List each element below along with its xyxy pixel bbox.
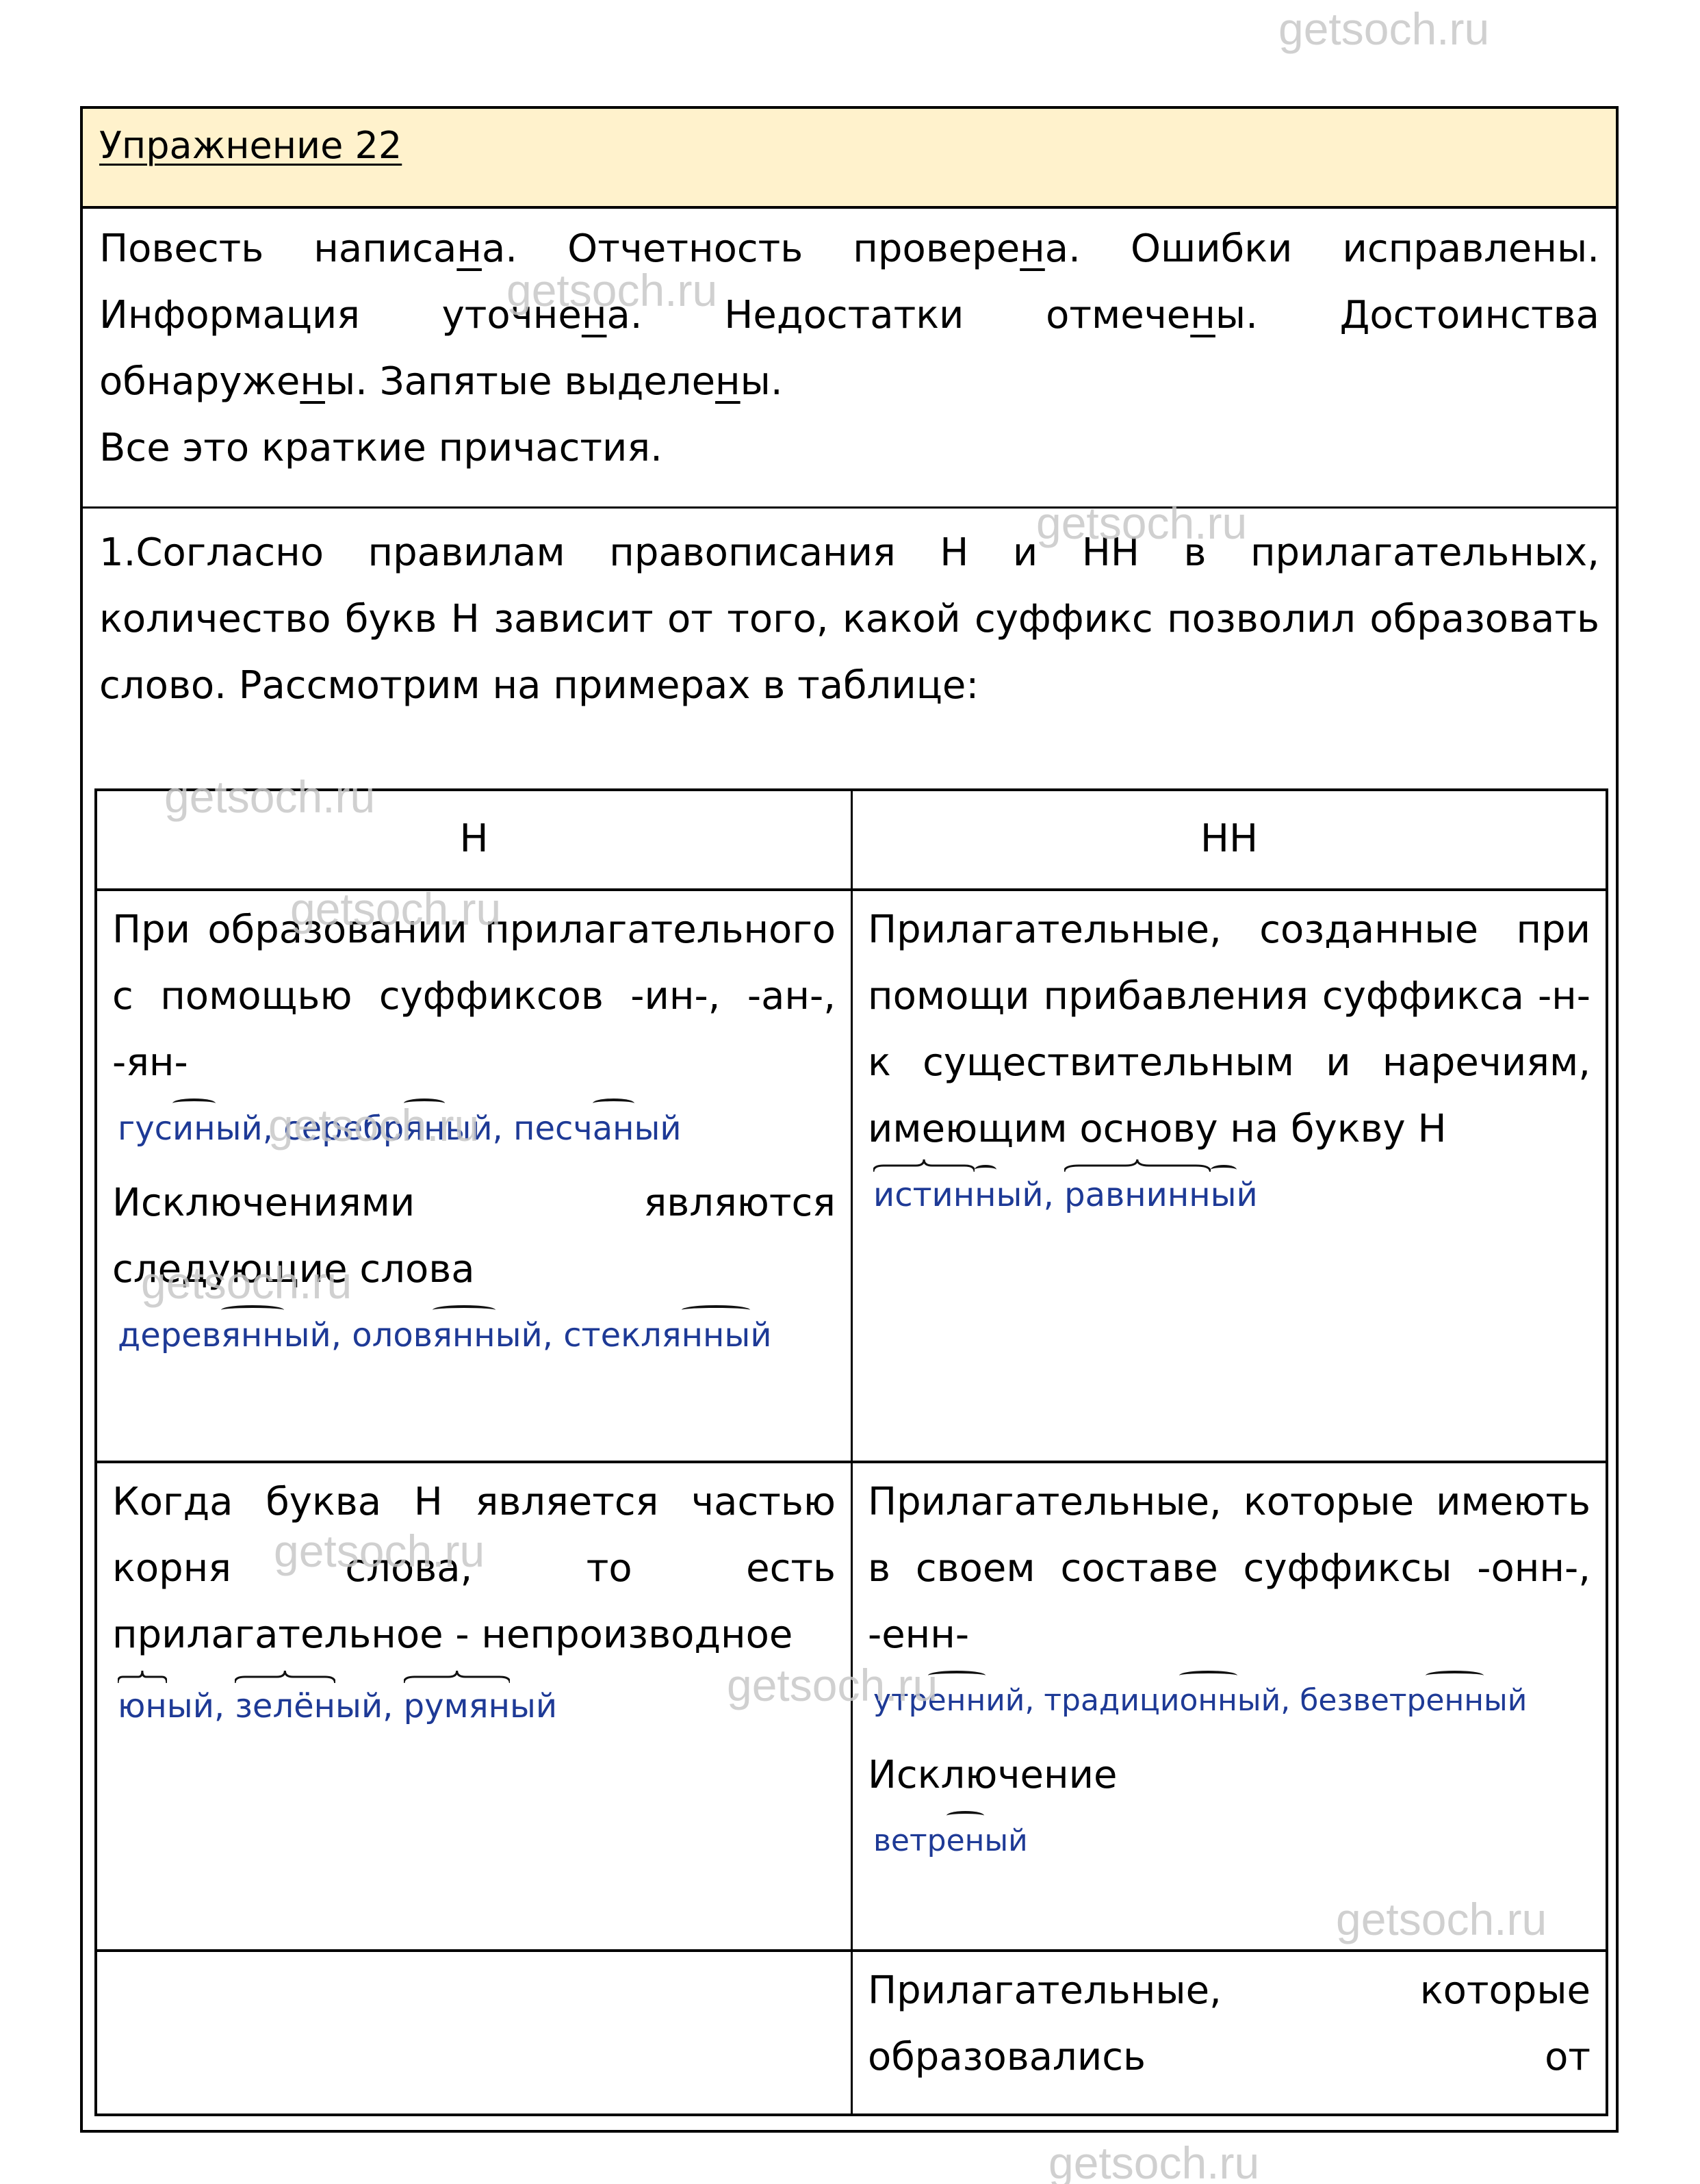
cell-n-suffixes: При образовании прилагательного с помощь… xyxy=(97,891,853,1461)
rule-intro-text: 1.Согласно правилам правописания Н и НН … xyxy=(99,519,1599,719)
underlined-letter: н xyxy=(1020,227,1045,271)
exception-examples: ветреный xyxy=(873,1821,1590,1862)
suffix-mark-icon xyxy=(221,1305,284,1315)
answer-conclusion: Все это краткие причастия. xyxy=(99,415,1599,481)
exercise-title: Упражнение 22 xyxy=(99,124,402,167)
rule-text: При образовании прилагательного с помощь… xyxy=(112,897,836,1096)
underlined-letter: н xyxy=(456,227,482,271)
example-word: зелёный xyxy=(235,1686,383,1727)
root-mark-icon xyxy=(1064,1159,1211,1172)
examples: гусиный, серебряный, песчаный xyxy=(118,1108,836,1149)
underlined-letter: н xyxy=(300,359,325,404)
example-word: истинный xyxy=(873,1174,1044,1216)
suffix-mark-icon xyxy=(404,1099,445,1108)
root-mark-icon xyxy=(235,1671,335,1683)
cell-nn-suffix-n: Прилагательные, созданные при помощи при… xyxy=(853,891,1606,1461)
suffix-mark-icon xyxy=(172,1099,216,1108)
example-word: равнинный xyxy=(1064,1174,1258,1216)
exception-note: Исключениями являются следующие слова xyxy=(112,1170,836,1302)
suffix-mark-icon xyxy=(1211,1165,1237,1174)
example-word: утренний xyxy=(873,1680,1025,1721)
example-word: деревянный xyxy=(118,1315,331,1356)
answer-section: Повесть написана. Отчетность проверена. … xyxy=(83,209,1616,509)
suffix-mark-icon xyxy=(928,1671,986,1680)
example-word: юный xyxy=(118,1686,214,1727)
rule-text: Прилагательные, которые имеють в своем с… xyxy=(868,1469,1590,1668)
suffix-mark-icon xyxy=(1179,1671,1237,1680)
cell-nn-onn-enn: Прилагательные, которые имеють в своем с… xyxy=(853,1463,1606,1949)
exercise-header: Упражнение 22 xyxy=(83,109,1616,209)
suffix-mark-icon xyxy=(433,1305,495,1315)
suffix-mark-icon xyxy=(593,1099,634,1108)
cell-empty xyxy=(97,1952,853,2114)
cell-n-root: Когда буква Н является частью корня слов… xyxy=(97,1463,853,1949)
underlined-letter: н xyxy=(715,359,740,404)
cell-nn-other: Прилагательные, которые образовались от xyxy=(853,1952,1606,2114)
watermark: getsoch.ru xyxy=(1278,3,1489,55)
spelling-table: Н НН При образовании прилагательного с п… xyxy=(94,788,1608,2116)
example-word: безветренный xyxy=(1300,1680,1527,1721)
header-n: Н xyxy=(97,791,853,888)
rule-text: Прилагательные, созданные при помощи при… xyxy=(868,897,1590,1162)
table-row: При образовании прилагательного с помощь… xyxy=(97,891,1606,1463)
example-word: гусиный xyxy=(118,1108,263,1149)
suffix-mark-icon xyxy=(1426,1671,1484,1680)
rule-text: Когда буква Н является частью корня слов… xyxy=(112,1469,836,1668)
suffix-mark-icon xyxy=(975,1165,996,1174)
rule-text: Прилагательные, которые образовались от xyxy=(868,1957,1590,2090)
exception-note: Исключение xyxy=(868,1742,1590,1808)
root-mark-icon xyxy=(404,1671,510,1683)
example-word: румяный xyxy=(404,1686,557,1727)
examples: утренний, традиционный, безветренный xyxy=(873,1680,1590,1721)
header-nn: НН xyxy=(853,791,1606,888)
table-row: Прилагательные, которые образовались от xyxy=(97,1952,1606,2114)
example-word: стеклянный xyxy=(563,1315,771,1356)
suffix-mark-icon xyxy=(946,1811,985,1821)
table-row: Когда буква Н является частью корня слов… xyxy=(97,1463,1606,1952)
exception-examples: деревянный, оловянный, стеклянный xyxy=(118,1315,836,1356)
underlined-letter: н xyxy=(582,293,607,337)
example-word: песчаный xyxy=(513,1108,682,1149)
root-mark-icon xyxy=(118,1671,167,1683)
watermark: getsoch.ru xyxy=(1048,2137,1259,2184)
underlined-letter: н xyxy=(1190,293,1215,337)
suffix-mark-icon xyxy=(682,1305,751,1315)
example-word: традиционный xyxy=(1044,1680,1280,1721)
example-word: оловянный xyxy=(352,1315,542,1356)
table-header-row: Н НН xyxy=(97,791,1606,891)
root-mark-icon xyxy=(873,1159,975,1172)
example-word: ветреный xyxy=(873,1821,1028,1862)
examples: юный, зелёный, румяный xyxy=(118,1686,836,1727)
answer-text: Повесть написана. Отчетность проверена. … xyxy=(99,216,1599,415)
example-word: серебряный xyxy=(283,1108,492,1149)
rule-intro: 1.Согласно правилам правописания Н и НН … xyxy=(99,519,1599,719)
examples: истинный, равнинный xyxy=(873,1174,1590,1216)
